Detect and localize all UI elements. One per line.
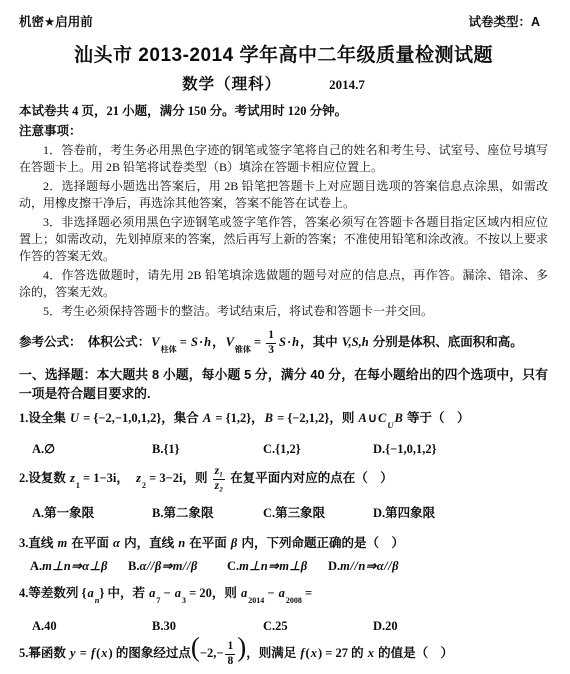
note-item-2: 2．选择题每小题选出答案后，用 2B 铅笔把答题卡上对应题目选项的答案信息点涂黑…: [19, 178, 548, 212]
question-1-option-a: A.∅: [32, 440, 152, 458]
question-3-option-d: D.m//n⇒α//β: [328, 557, 548, 575]
question-4-option-a: A.40: [32, 617, 152, 635]
subject-title: 数学（理科）: [182, 75, 281, 95]
question-3-option-b: B.α//β⇒m//β: [128, 557, 227, 575]
note-item-1: 1．答卷前，考生务必用黑色字迹的钢笔或签字笔将自己的姓名和考生号、试室号、座位号…: [19, 142, 548, 176]
question-3-option-a: A.m⊥n⇒α⊥β: [30, 557, 128, 575]
question-1-option-c: C.{1,2}: [263, 440, 373, 458]
exam-paper-page: 机密★启用前 试卷类型：A 汕头市 2013-2014 学年高中二年级质量检测试…: [0, 0, 570, 674]
question-4-option-c: C.25: [263, 617, 373, 635]
question-2-stem: 2.设复数 z1 = 1−3i， z2 = 3−2i，则 z₁z₂ 在复平面内对…: [19, 465, 548, 499]
question-1-options: A.∅ B.{1} C.{1,2} D.{−1,0,1,2}: [19, 440, 548, 458]
question-2: 2.设复数 z1 = 1−3i， z2 = 3−2i，则 z₁z₂ 在复平面内对…: [19, 465, 548, 522]
exam-date: 2014.7: [329, 77, 365, 93]
question-5: 5.幂函数 y = f(x) 的图象经过点(−2,−18)，则满足 f(x) =…: [19, 640, 548, 674]
subtitle-row: 数学（理科） 2014.7: [9, 75, 538, 95]
question-1: 1.设全集 U = {−2,−1,0,1,2}，集合 A = {1,2}，B =…: [19, 408, 548, 458]
question-2-option-b: B.第二象限: [152, 504, 263, 522]
classification-label: 机密★启用前: [19, 14, 93, 30]
question-4-options: A.40 B.30 C.25 D.20: [19, 617, 548, 635]
question-5-stem: 5.幂函数 y = f(x) 的图象经过点(−2,−18)，则满足 f(x) =…: [19, 640, 548, 674]
paper-type-value: A: [531, 15, 540, 29]
note-item-3: 3．非选择题必须用黑色字迹钢笔或签字笔作答，答案必须写在答题卡各题目指定区域内相…: [19, 214, 548, 265]
reference-formula: 参考公式： 体积公式：V柱体 = S·h，V锥体 = 13S·h，其中 V,S,…: [19, 329, 548, 362]
exam-title: 汕头市 2013-2014 学年高中二年级质量检测试题: [19, 44, 548, 68]
note-item-4: 4．作答选做题时，请先用 2B 铅笔填涂选做题的题号对应的信息点，再作答。漏涂、…: [19, 267, 548, 301]
notes-title: 注意事项：: [19, 122, 548, 140]
section-1-heading: 一、选择题：本大题共 8 小题，每小题 5 分，满分 40 分，在每小题给出的四…: [19, 365, 548, 403]
question-1-option-b: B.{1}: [152, 440, 263, 458]
question-2-option-c: C.第三象限: [263, 504, 373, 522]
page-header: 机密★启用前 试卷类型：A: [19, 14, 548, 30]
question-3-options: A.m⊥n⇒α⊥β B.α//β⇒m//β C.m⊥n⇒m⊥β D.m//n⇒α…: [19, 557, 548, 575]
paper-info: 本试卷共 4 页，21 小题，满分 150 分。考试用时 120 分钟。: [19, 103, 548, 120]
question-2-option-d: D.第四象限: [373, 504, 548, 522]
question-4-option-d: D.20: [373, 617, 548, 635]
question-4-option-b: B.30: [152, 617, 263, 635]
question-2-options: A.第一象限 B.第二象限 C.第三象限 D.第四象限: [19, 504, 548, 522]
question-3-option-c: C.m⊥n⇒m⊥β: [227, 557, 328, 575]
question-4-stem: 4.等差数列 {an} 中，若 a7 − a3 = 20，则 a2014 − a…: [19, 583, 548, 608]
question-1-option-d: D.{−1,0,1,2}: [373, 440, 548, 458]
question-1-stem: 1.设全集 U = {−2,−1,0,1,2}，集合 A = {1,2}，B =…: [19, 408, 548, 432]
note-item-5: 5．考生必须保持答题卡的整洁。考试结束后，将试卷和答题卡一并交回。: [19, 303, 548, 320]
question-2-option-a: A.第一象限: [32, 504, 152, 522]
question-3-stem: 3.直线 m 在平面 α 内，直线 n 在平面 β 内，下列命题正确的是（ ）: [19, 533, 548, 553]
paper-type: 试卷类型：A: [468, 14, 548, 30]
question-3: 3.直线 m 在平面 α 内，直线 n 在平面 β 内，下列命题正确的是（ ） …: [19, 533, 548, 575]
paper-type-label: 试卷类型：: [468, 15, 531, 29]
question-4: 4.等差数列 {an} 中，若 a7 − a3 = 20，则 a2014 − a…: [19, 583, 548, 635]
